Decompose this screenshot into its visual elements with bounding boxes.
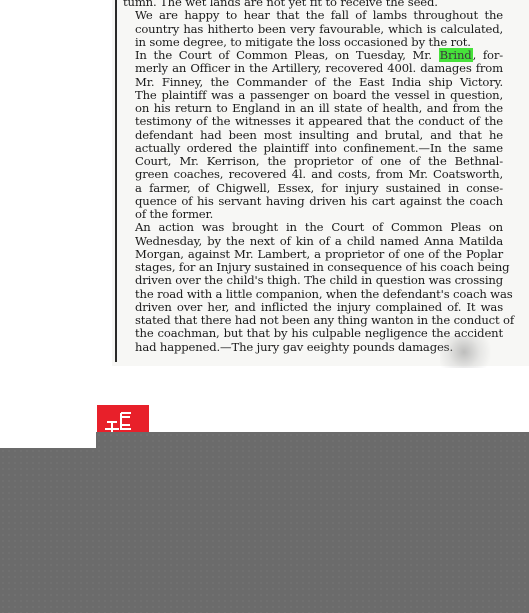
text-line: on his return to England in an ill state… [123,102,503,115]
column-rule [115,0,117,362]
text-line: quence of his servant having driven his … [123,195,503,208]
text-line: of the former. [123,208,503,221]
text-line: the road with a little companion, when t… [123,288,503,301]
search-highlight[interactable]: Brind [439,48,473,62]
text-line: In the Court of Common Pleas, on Tuesday… [123,49,503,62]
text-line: defendant had been most insulting and br… [123,129,503,142]
text-line: actually ordered the plaintiff into conf… [123,142,503,155]
text-line: country has hitherto been very favourabl… [123,23,503,36]
print-smudge [440,336,500,368]
text-line: stated that there had not been any thing… [123,314,503,327]
logo-glyph-icon [97,405,149,435]
text-line: merly an Officer in the Artillery, recov… [123,62,503,75]
text-line: An action was brought in the Court of Co… [123,221,503,234]
text-line: testimony of the witnesses it appeared t… [123,115,503,128]
article-text: tumn. The wet lands are not yet fit to r… [123,0,503,354]
text-line: The plaintiff was a passenger on board t… [123,89,503,102]
publisher-logo-icon[interactable] [97,405,149,435]
text-line: driven over her, and inflicted the injur… [123,301,503,314]
modal-overlay-top[interactable] [96,432,529,448]
text-line: green coaches, recovered 4l. and costs, … [123,168,503,181]
modal-overlay[interactable] [0,448,529,613]
paragraph-brind-case: In the Court of Common Pleas, on Tuesday… [123,49,503,221]
text-line: We are happy to hear that the fall of la… [123,9,503,22]
paragraph-lambs: We are happy to hear that the fall of la… [123,9,503,49]
text-line: stages, for an Injury sustained in conse… [123,261,503,274]
text-line: Mr. Finney, the Commander of the East In… [123,76,503,89]
text-line: in some degree, to mitigate the loss occ… [123,36,503,49]
text-line: driven over the child's thigh. The child… [123,274,503,287]
text-line: Court, Mr. Kerrison, the proprietor of o… [123,155,503,168]
text-line: a farmer, of Chigwell, Essex, for injury… [123,182,503,195]
text-line: Morgan, against Mr. Lambert, a proprieto… [123,248,503,261]
text-line: Wednesday, by the next of kin of a child… [123,235,503,248]
paragraph-morgan-case: An action was brought in the Court of Co… [123,221,503,354]
